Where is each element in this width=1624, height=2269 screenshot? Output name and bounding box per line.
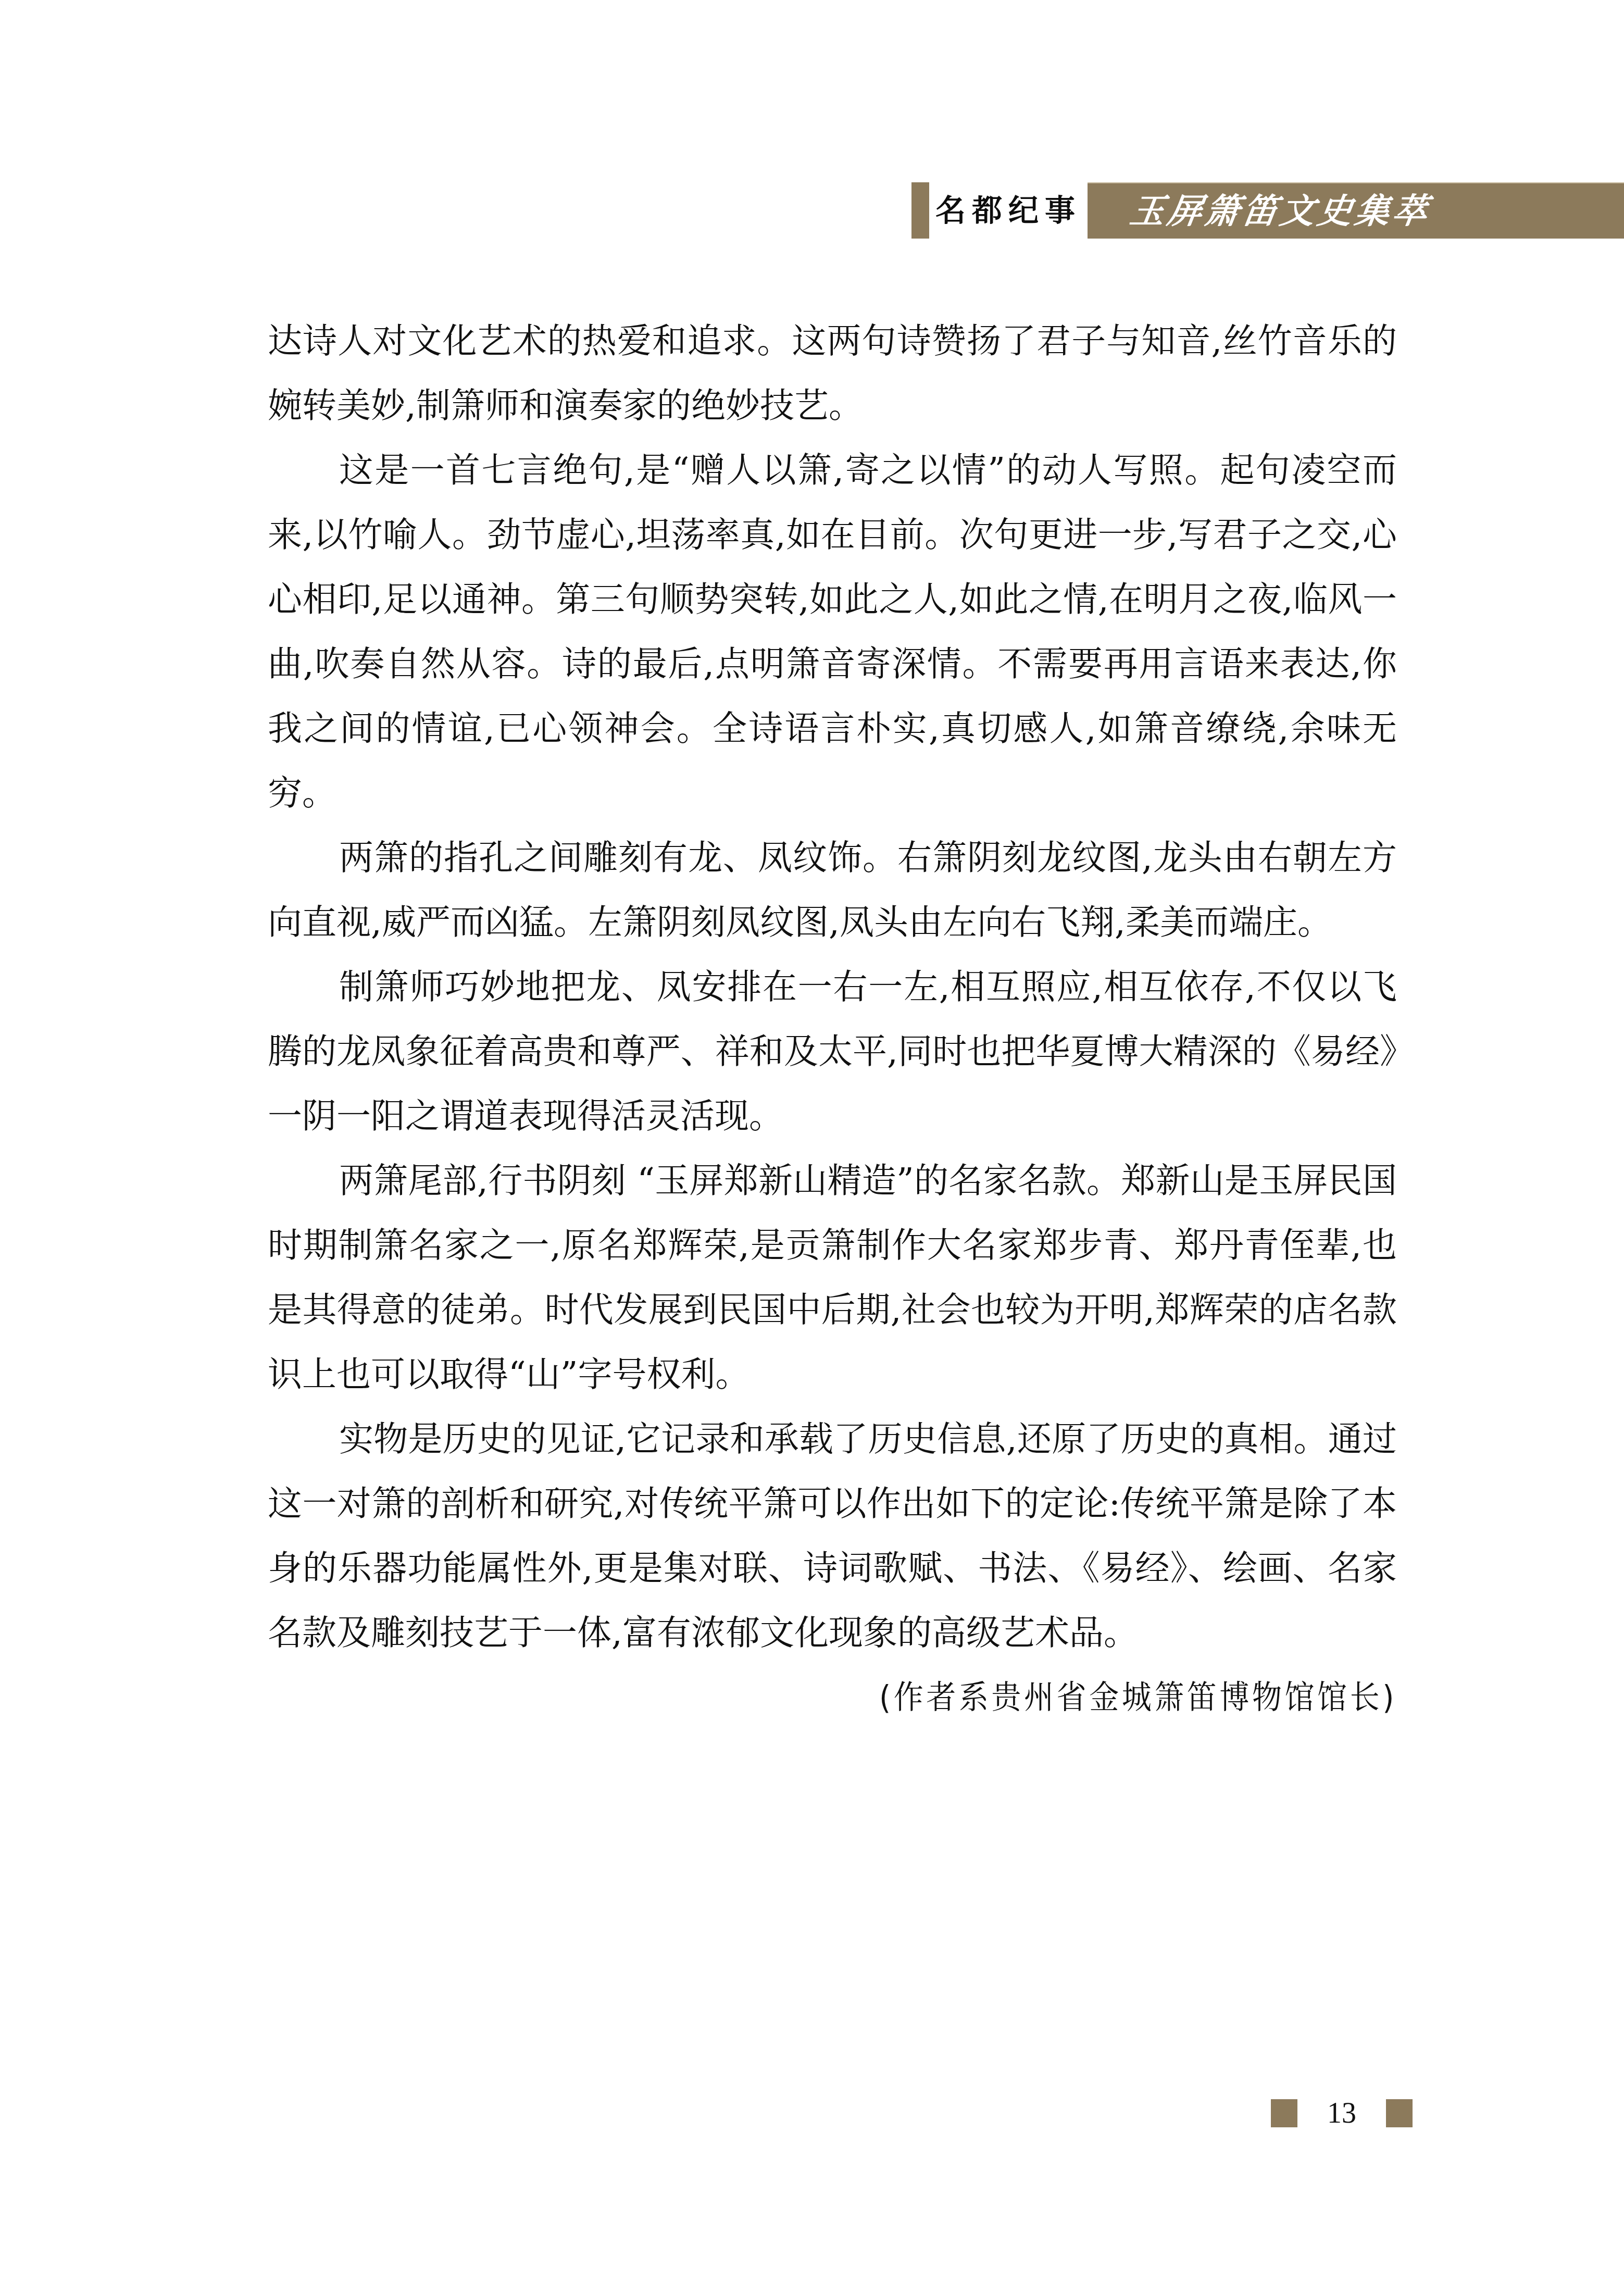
- banner-title: 玉屏箫笛文史集萃: [1127, 183, 1434, 239]
- header-banner: 玉屏箫笛文史集萃: [1088, 182, 1624, 239]
- section-title: 名都纪事: [935, 182, 1081, 239]
- paragraph-6: 实物是历史的见证,它记录和承载了历史信息,还原了历史的真相。通过这一对箫的剖析和…: [268, 1407, 1397, 1665]
- paragraph-2: 这是一首七言绝句,是“赠人以箫,寄之以情”的动人写照。起句凌空而来,以竹喻人。劲…: [268, 438, 1397, 826]
- article-body: 达诗人对文化艺术的热爱和追求。这两句诗赞扬了君子与知音,丝竹音乐的婉转美妙,制箫…: [268, 309, 1397, 1730]
- author-attribution: (作者系贵州省金城箫笛博物馆馆长): [358, 1665, 1397, 1730]
- footer-square-right-icon: [1386, 2099, 1413, 2127]
- page-footer: 13: [1271, 2099, 1413, 2127]
- page-number: 13: [1297, 2095, 1386, 2131]
- footer-square-left-icon: [1271, 2099, 1297, 2127]
- paragraph-3: 两箫的指孔之间雕刻有龙、凤纹饰。右箫阴刻龙纹图,龙头由右朝左方向直视,威严而凶猛…: [268, 826, 1397, 955]
- paragraph-5: 两箫尾部,行书阴刻 “玉屏郑新山精造”的名家名款。郑新山是玉屏民国时期制箫名家之…: [268, 1149, 1397, 1407]
- paragraph-4: 制箫师巧妙地把龙、凤安排在一右一左,相互照应,相互依存,不仅以飞腾的龙凤象征着高…: [268, 955, 1397, 1149]
- header-accent-bar: [911, 182, 929, 239]
- paragraph-1: 达诗人对文化艺术的热爱和追求。这两句诗赞扬了君子与知音,丝竹音乐的婉转美妙,制箫…: [268, 309, 1397, 438]
